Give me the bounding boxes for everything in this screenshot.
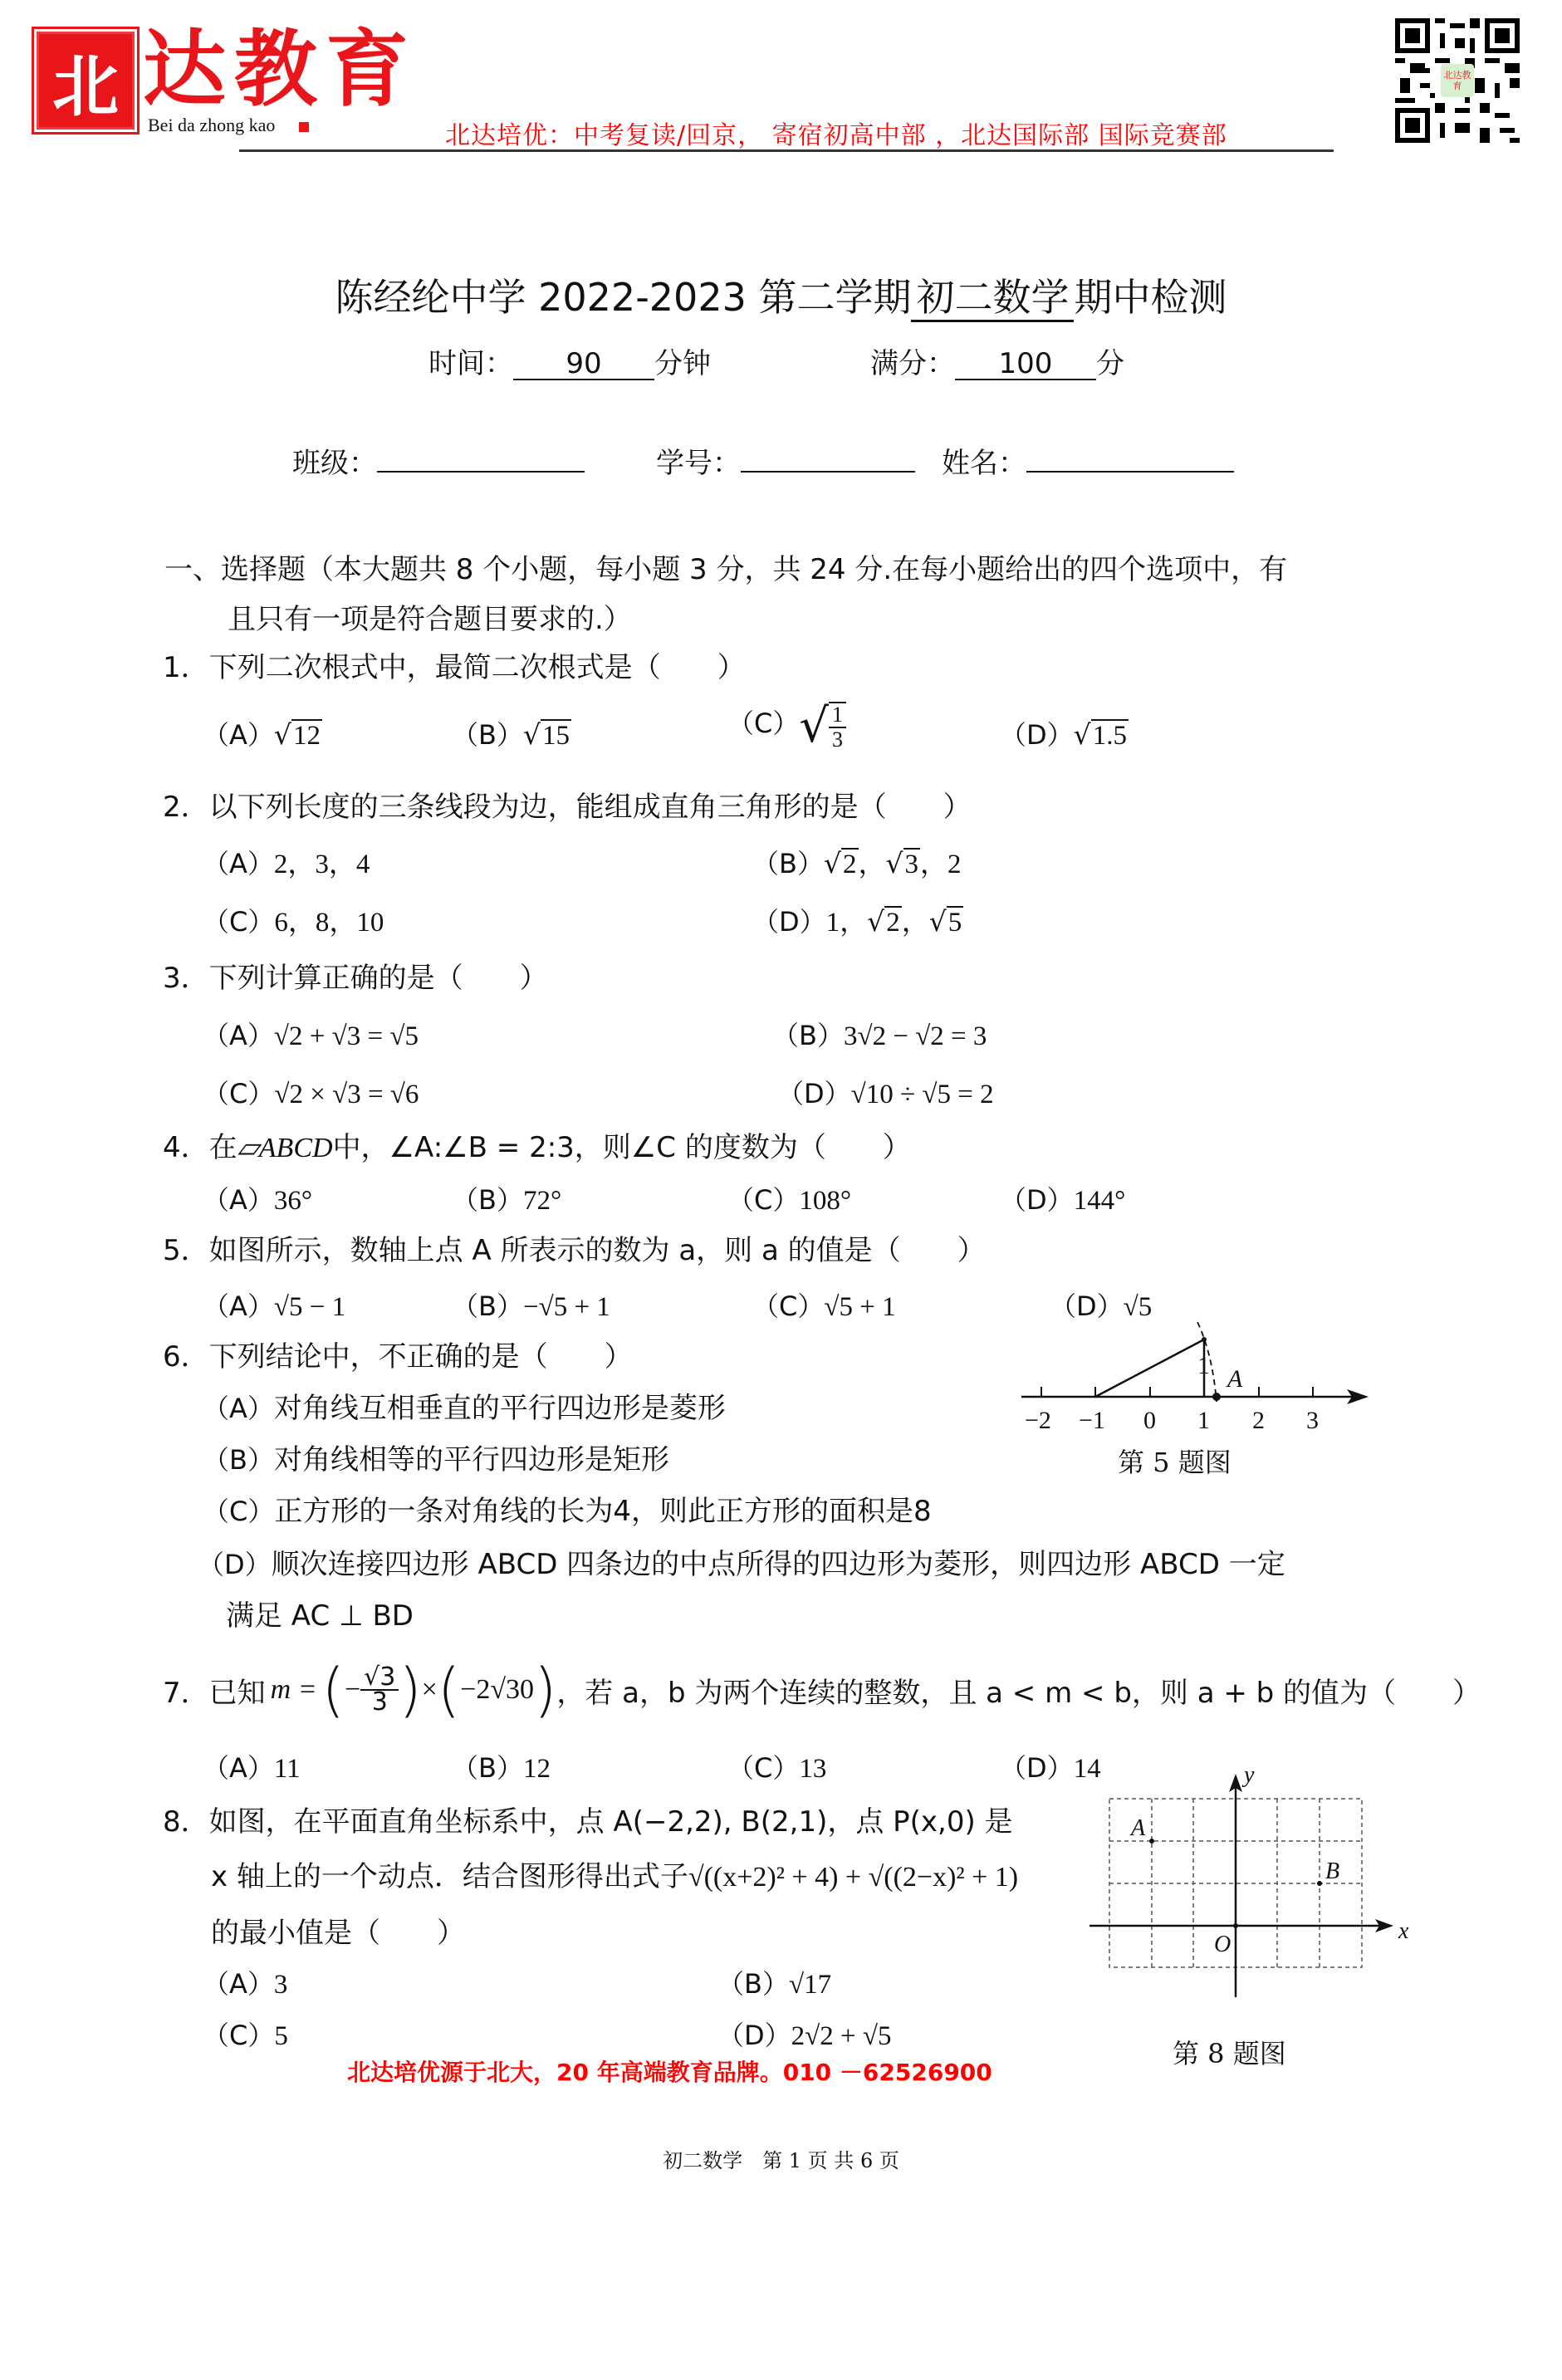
question-8-stem-line3: 的最小值是（ ）	[211, 1910, 465, 1951]
fig5-tick-1: 1	[1197, 1407, 1210, 1435]
q1-option-b[interactable]: （B）√15	[452, 714, 571, 752]
fig5-tick-3: 3	[1306, 1407, 1319, 1435]
q4-option-a[interactable]: （A）36°	[203, 1179, 312, 1217]
q6-option-d-continued: 满足 AC ⊥ BD	[226, 1593, 414, 1633]
name-field-row: 姓名：	[942, 440, 1234, 481]
exam-title: 陈经纶中学 2022-2023 第二学期初二数学期中检测	[0, 267, 1562, 322]
q7-option-b[interactable]: （B）12	[452, 1747, 551, 1785]
figure-8-caption: 第 8 题图	[1173, 2033, 1286, 2071]
name-input[interactable]	[1026, 443, 1234, 473]
q8-option-b[interactable]: （B）√17	[717, 1963, 831, 2001]
fig5-tick-2: 2	[1252, 1407, 1265, 1435]
logo-seal-char: 北	[52, 33, 119, 129]
brand-logo-subtitle: Bei da zhong kao	[148, 115, 275, 136]
class-label: 班级：	[292, 447, 377, 480]
q6-option-c[interactable]: （C）正方形的一条对角线的长为4，则此正方形的面积是8	[203, 1488, 932, 1529]
brand-logo-seal: 北	[37, 32, 135, 130]
q1-option-a[interactable]: （A）√12	[203, 714, 322, 752]
section-heading-line2: 且只有一项是符合题目要求的.）	[228, 596, 632, 637]
question-2-stem: 2．以下列长度的三条线段为边，能组成直角三角形的是（ ）	[163, 784, 972, 825]
q5-option-a[interactable]: （A）√5 − 1	[203, 1285, 345, 1324]
q3-option-d[interactable]: （D）√10 ÷ √5 = 2	[777, 1073, 994, 1111]
time-value: 90	[513, 349, 654, 380]
title-subject: 初二数学	[911, 275, 1074, 322]
q3-option-a[interactable]: （A）√2 + √3 = √5	[203, 1015, 419, 1053]
q5-option-b[interactable]: （B）−√5 + 1	[452, 1285, 610, 1324]
fig5-tick-neg1: −1	[1079, 1407, 1105, 1435]
qr-center-logo: 北达教育	[1441, 64, 1474, 97]
fig5-point-a-label: A	[1227, 1365, 1242, 1393]
question-8-stem-line1: 8．如图，在平面直角坐标系中，点 A(−2,2), B(2,1)，点 P(x,0…	[163, 1799, 1013, 1839]
q3-option-c[interactable]: （C）√2 × √3 = √6	[203, 1073, 419, 1111]
name-label: 姓名：	[942, 447, 1026, 480]
class-input[interactable]	[377, 443, 585, 473]
q1-option-c[interactable]: （C）√13	[727, 699, 846, 753]
fig5-tick-neg2: −2	[1025, 1407, 1051, 1435]
fig8-origin-label: O	[1214, 1932, 1231, 1958]
page-number-footer: 初二数学 第 1 页 共 6 页	[0, 2144, 1562, 2173]
q4-option-b[interactable]: （B）72°	[452, 1179, 561, 1217]
fig8-x-axis-label: x	[1398, 1918, 1408, 1945]
title-suffix: 期中检测	[1074, 275, 1227, 320]
q4-option-c[interactable]: （C）108°	[727, 1179, 851, 1217]
fig5-height-label: 1	[1197, 1352, 1210, 1380]
parallelogram-abcd: ▱ABCD	[237, 1133, 333, 1163]
time-label: 时间：	[428, 347, 513, 380]
score-value: 100	[955, 349, 1096, 380]
fig8-point-b-label: B	[1325, 1858, 1339, 1885]
q8-option-c[interactable]: （C）5	[203, 2015, 288, 2053]
brand-logo-text: 达教育	[143, 23, 417, 115]
fig8-y-axis-label: y	[1244, 1762, 1254, 1789]
figure-8-coordinate-plane: y x O A B	[1080, 1761, 1437, 2010]
q8-option-a[interactable]: （A）3	[203, 1963, 287, 2001]
q5-option-c[interactable]: （C）√5 + 1	[752, 1285, 896, 1324]
fig5-tick-0: 0	[1143, 1407, 1156, 1435]
time-unit: 分钟	[654, 347, 711, 380]
q2-option-c[interactable]: （C）6，8，10	[203, 900, 384, 939]
score-row: 满分：100分	[870, 340, 1124, 381]
time-row: 时间：90分钟	[428, 340, 711, 381]
student-id-input[interactable]	[741, 443, 915, 473]
section-heading-line1: 一、选择题（本大题共 8 个小题，每小题 3 分，共 24 分.在每小题给出的四…	[164, 546, 1287, 587]
q3-option-b[interactable]: （B）3√2 − √2 = 3	[772, 1015, 987, 1053]
q8-option-d[interactable]: （D）2√2 + √5	[717, 2015, 892, 2053]
header-divider	[239, 149, 1334, 152]
question-1-stem: 1．下列二次根式中，最简二次根式是（ ）	[163, 644, 746, 685]
question-5-stem: 5．如图所示，数轴上点 A 所表示的数为 a，则 a 的值是（ ）	[163, 1227, 986, 1268]
figure-5-caption: 第 5 题图	[1118, 1442, 1231, 1480]
q6-option-d[interactable]: （D）顺次连接四边形 ABCD 四条边的中点所得的四边形为菱形，则四边形 ABC…	[198, 1541, 1285, 1582]
q1-option-d[interactable]: （D）√1.5	[1000, 714, 1129, 752]
student-id-field-row: 学号：	[656, 440, 915, 481]
question-7-stem: 7．已知 m = (− √33 ) × (−2√30) ，若 a，b 为两个连续…	[163, 1661, 1481, 1719]
q6-option-a[interactable]: （A）对角线互相垂直的平行四边形是菱形	[203, 1385, 726, 1426]
logo-square-icon	[299, 122, 309, 132]
q2-option-b[interactable]: （B）√2，√3，2	[752, 842, 962, 881]
qr-code-icon: 北达教育	[1395, 18, 1520, 143]
q7-option-c[interactable]: （C）13	[727, 1747, 826, 1785]
q4-option-d[interactable]: （D）144°	[1000, 1179, 1125, 1217]
score-unit: 分	[1096, 347, 1124, 380]
question-8-stem-line2: x 轴上的一个动点．结合图形得出式子√((x+2)² + 4) + √((2−x…	[211, 1854, 1018, 1894]
class-field-row: 班级：	[292, 440, 585, 481]
question-6-stem: 6．下列结论中，不正确的是（ ）	[163, 1334, 633, 1374]
q6-option-b[interactable]: （B）对角线相等的平行四边形是矩形	[203, 1437, 669, 1477]
q2-option-d[interactable]: （D）1，√2，√5	[752, 900, 963, 939]
q7-option-a[interactable]: （A）11	[203, 1747, 301, 1785]
question-4-stem: 4．在▱ABCD中，∠A:∠B = 2:3，则∠C 的度数为（ ）	[163, 1124, 911, 1165]
figure-5-number-line: 1 A −2 −1 0 1 2 3	[1013, 1312, 1378, 1453]
q2-option-a[interactable]: （A）2，3，4	[203, 842, 370, 881]
header-slogan: 北达培优：中考复读/回京， 寄宿初高中部 ，北达国际部 国际竞赛部	[445, 115, 1227, 151]
student-id-label: 学号：	[656, 447, 741, 480]
score-label: 满分：	[870, 347, 955, 380]
title-prefix: 陈经纶中学 2022-2023 第二学期	[335, 275, 912, 320]
fig8-point-a-label: A	[1131, 1815, 1145, 1842]
question-3-stem: 3．下列计算正确的是（ ）	[163, 955, 548, 996]
promo-footer: 北达培优源于北大，20 年高端教育品牌。010 －62526900	[347, 2054, 992, 2088]
